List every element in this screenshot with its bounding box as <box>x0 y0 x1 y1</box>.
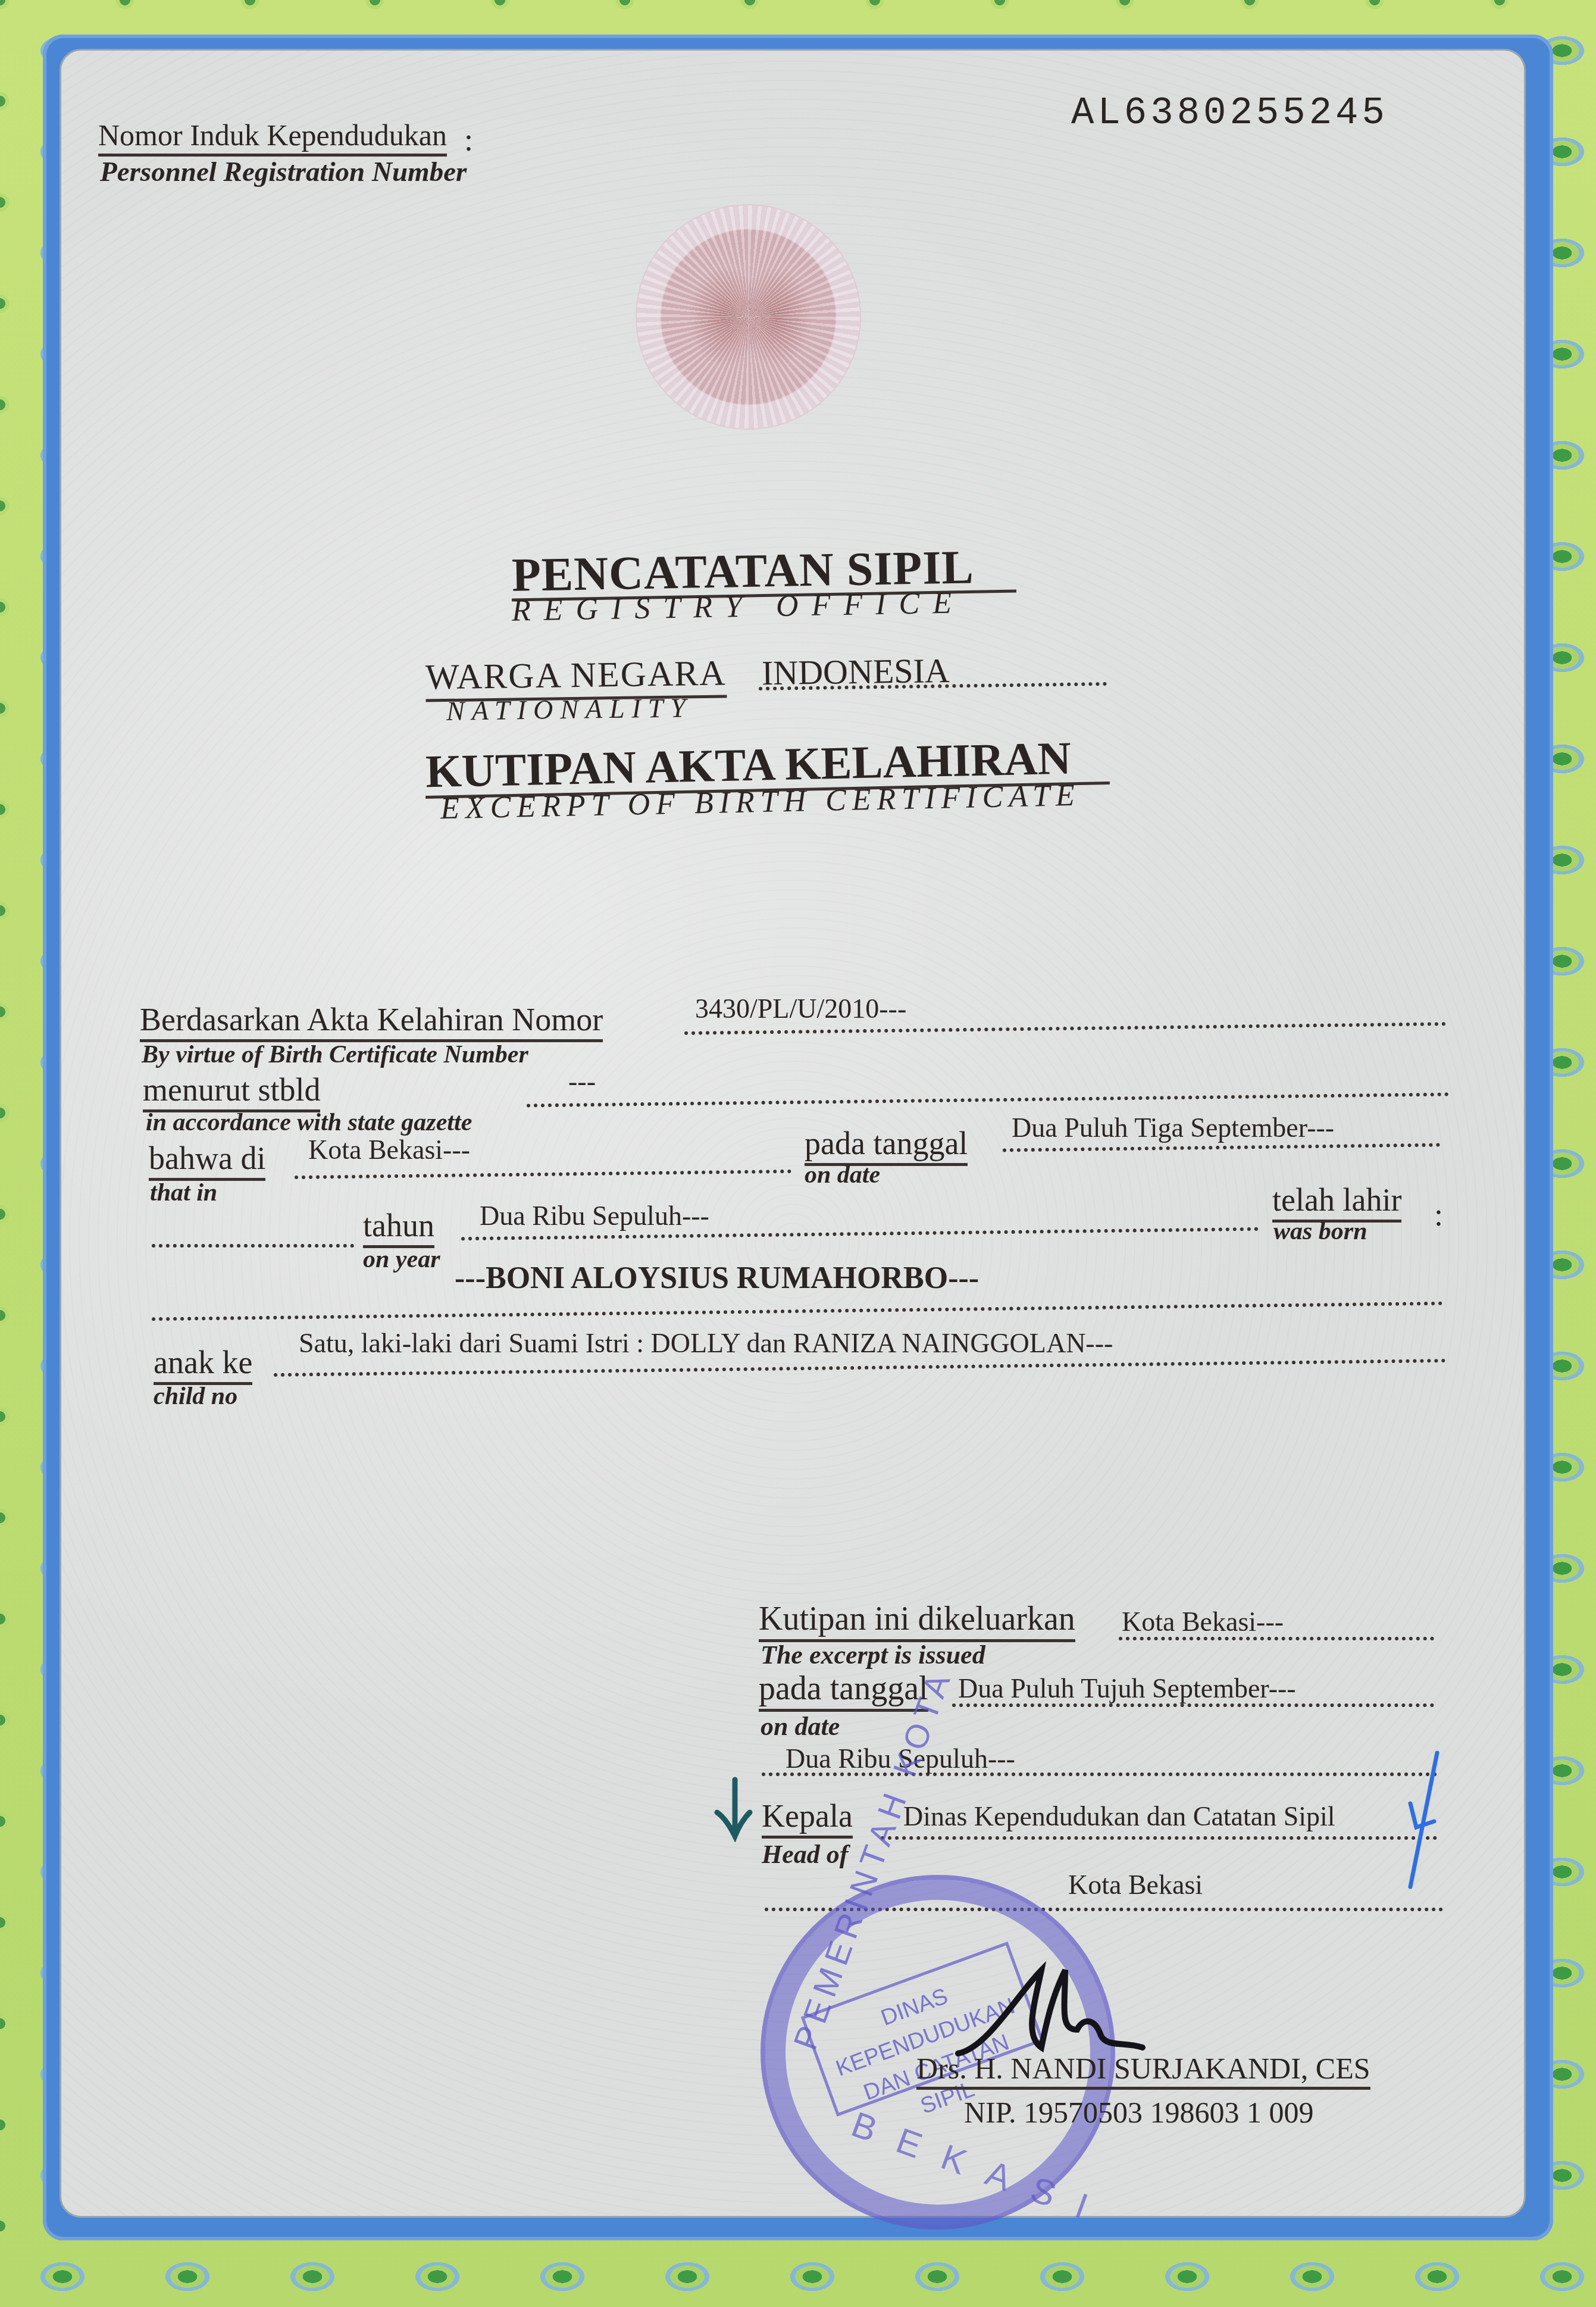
birth-year-sub: on year <box>363 1245 440 1274</box>
garuda-emblem-icon <box>637 205 860 429</box>
dotted-line <box>762 1773 1437 1776</box>
arrow-mark-icon <box>711 1777 753 1842</box>
child-no-label: anak ke <box>154 1344 252 1385</box>
nik-colon: : <box>464 121 473 158</box>
dotted-line <box>1119 1637 1434 1640</box>
birth-date-sub: on date <box>805 1161 880 1189</box>
child-no-sub: child no <box>154 1382 237 1411</box>
birth-year-value: Dua Ribu Sepuluh--- <box>480 1200 709 1231</box>
was-born-label: telah lahir <box>1272 1181 1401 1223</box>
dotted-line <box>881 1836 1437 1840</box>
serial-number: AL6380255245 <box>1071 92 1388 135</box>
birth-date-label: pada tanggal <box>805 1125 968 1166</box>
head-of-sub: Head of <box>762 1839 848 1870</box>
place-label: bahwa di <box>149 1140 265 1181</box>
issued-in-value: Kota Bekasi--- <box>1122 1606 1284 1637</box>
issued-in-label: Kutipan ini dikeluarkan <box>759 1600 1075 1642</box>
pen-mark-icon <box>1398 1750 1446 1893</box>
head-of-city: Kota Bekasi <box>1068 1869 1203 1900</box>
signatory-nip: NIP. 19570503 198603 1 009 <box>964 2095 1314 2130</box>
birth-date-value: Dua Puluh Tiga September--- <box>1012 1112 1334 1143</box>
nik-label: Nomor Induk Kependudukan <box>98 118 447 157</box>
issued-date-sub: on date <box>761 1711 840 1742</box>
nationality-label-en: NATIONALITY <box>446 692 693 727</box>
certificate-number-label: Berdasarkan Akta Kelahiran Nomor <box>140 1001 603 1042</box>
issued-date-value: Dua Puluh Tujuh September--- <box>958 1673 1296 1704</box>
stbld-value: --- <box>568 1065 596 1097</box>
head-of-label: Kepala <box>762 1798 853 1839</box>
dotted-line <box>152 1244 354 1248</box>
child-name-value: ---BONI ALOYSIUS RUMAHORBO--- <box>455 1261 979 1296</box>
issued-in-sub: The excerpt is issued <box>761 1640 985 1670</box>
stbld-label: menurut stbld <box>143 1071 320 1112</box>
child-no-value: Satu, laki-laki dari Suami Istri : DOLLY… <box>299 1327 1113 1359</box>
was-born-colon: : <box>1434 1196 1443 1233</box>
was-born-sub: was born <box>1273 1217 1367 1246</box>
head-of-value: Dinas Kependudukan dan Catatan Sipil <box>903 1800 1335 1832</box>
place-value: Kota Bekasi--- <box>308 1134 470 1165</box>
signatory-name: Drs. H. NANDI SURJAKANDI, CES <box>916 2051 1370 2090</box>
place-sub: that in <box>150 1178 217 1207</box>
stbld-sub: in accordance with state gazette <box>146 1108 472 1137</box>
certificate-number-value: 3430/PL/U/2010--- <box>695 993 906 1024</box>
dotted-line <box>952 1703 1434 1707</box>
nik-sub-label: Personnel Registration Number <box>100 156 467 188</box>
issued-date-label: pada tanggal <box>759 1670 928 1712</box>
certificate-number-sub: By virtue of Birth Certificate Number <box>142 1040 528 1069</box>
birth-year-label: tahun <box>363 1207 434 1248</box>
signature-icon <box>952 1958 1149 2065</box>
